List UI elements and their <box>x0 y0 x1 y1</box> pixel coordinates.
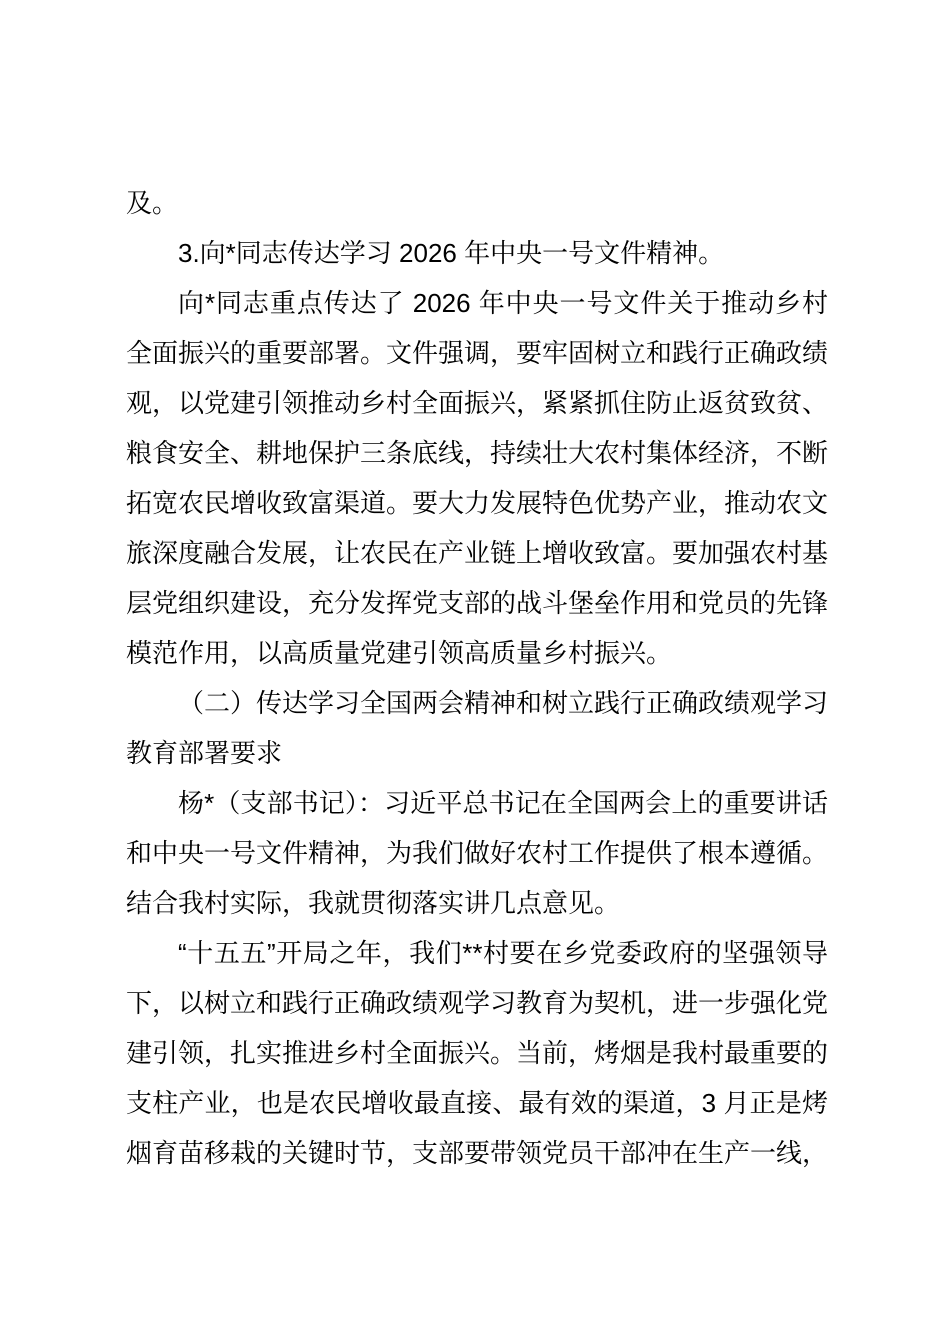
document-body: 及。3.向*同志传达学习 2026 年中央一号文件精神。向*同志重点传达了 20… <box>126 178 828 1178</box>
paragraph: 向*同志重点传达了 2026 年中央一号文件关于推动乡村全面振兴的重要部署。文件… <box>126 278 828 678</box>
paragraph: （二）传达学习全国两会精神和树立践行正确政绩观学习教育部署要求 <box>126 678 828 778</box>
paragraph: 及。 <box>126 178 828 228</box>
paragraph: 杨*（支部书记）：习近平总书记在全国两会上的重要讲话和中央一号文件精神，为我们做… <box>126 778 828 928</box>
paragraph: “十五五”开局之年，我们**村要在乡党委政府的坚强领导下，以树立和践行正确政绩观… <box>126 928 828 1178</box>
document-page: 及。3.向*同志传达学习 2026 年中央一号文件精神。向*同志重点传达了 20… <box>0 0 950 1344</box>
paragraph: 3.向*同志传达学习 2026 年中央一号文件精神。 <box>126 228 828 278</box>
